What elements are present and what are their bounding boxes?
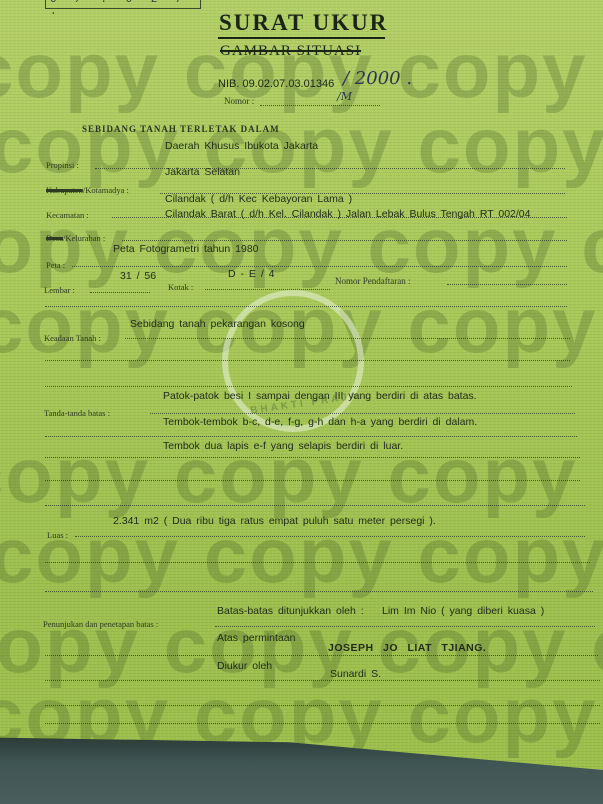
dotted-line (90, 292, 150, 293)
nomor-dotted-line (260, 105, 380, 106)
peta-value: Peta Fotogrametri tahun 1980 (113, 243, 259, 255)
tanda-batas-line-2: Tembok-tembok b-c, d-e, f-g, g-h dan h-a… (163, 416, 477, 428)
dotted-line (205, 289, 330, 290)
penunjukan-label: Penunjukan dan penetapan batas : (43, 619, 158, 629)
dotted-line (72, 266, 567, 267)
handwritten-nomor: /M (337, 90, 352, 103)
ditunjukkan-label: Batas-batas ditunjukkan oleh : (217, 605, 364, 617)
kecamatan-value: Cilandak ( d/h Kec Kebayoran Lama ) (165, 193, 352, 205)
kotak-value: D - E / 4 (228, 268, 275, 280)
tanda-batas-line-1: Patok-patok besi I sampai dengan III yan… (163, 390, 477, 402)
kotak-label: Kotak : (168, 282, 193, 292)
dotted-line (45, 306, 567, 307)
dotted-line (45, 480, 580, 481)
dotted-line (45, 705, 600, 706)
kelurahan-label: Desa/Kelurahan : (46, 233, 105, 243)
luas-label: Luas : (47, 530, 68, 540)
dotted-line (75, 536, 585, 537)
tanda-batas-label: Tanda-tanda batas : (44, 408, 110, 418)
nomor-pendaftaran-label: Nomor Pendaftaran : (335, 276, 410, 286)
peta-label: Peta : (46, 260, 65, 270)
lembar-value: 31 / 56 (120, 270, 156, 282)
dotted-line (45, 457, 580, 458)
dotted-line (45, 505, 585, 506)
dotted-line (125, 338, 570, 339)
handwritten-reference-box: 0 / . 0 2 / . (45, 0, 201, 9)
section-title: SEBIDANG TANAH TERLETAK DALAM (82, 124, 280, 134)
dotted-line (150, 413, 575, 414)
land-certificate-page: copy copy copy copy copy copy copy copy … (0, 0, 603, 770)
dotted-line (447, 284, 567, 285)
dotted-line (45, 386, 572, 387)
kecamatan-label: Kecamatan : (46, 210, 89, 220)
dotted-line (45, 436, 577, 437)
kotamadya-value: Jakarta Selatan (165, 166, 240, 178)
dotted-line (122, 240, 567, 241)
dotted-line (45, 562, 590, 563)
handwritten-year: / 2000 . (343, 68, 412, 89)
propinsi-label: Propinsi : (46, 160, 79, 170)
permintaan-value: JOSEPH JO LIAT TJIANG. (328, 642, 486, 654)
ditunjukkan-value: Lim Im Nio ( yang diberi kuasa ) (382, 605, 544, 617)
dotted-line (215, 626, 595, 627)
keadaan-tanah-value: Sebidang tanah pekarangan kosong (130, 318, 305, 330)
tanda-batas-line-3: Tembok dua lapis e-f yang selapis berdir… (163, 440, 403, 452)
dotted-line (45, 680, 600, 681)
document-title: SURAT UKUR (219, 10, 388, 36)
dotted-line (45, 723, 600, 724)
struck-subtitle: GAMBAR SITUASI (220, 43, 361, 60)
diukur-value: Sunardi S. (330, 668, 381, 680)
nib-number: NIB. 09.02.07.03.01346 (218, 78, 334, 90)
lembar-label: Lembar : (44, 285, 75, 295)
dotted-line (45, 360, 570, 361)
luas-value: 2.341 m2 ( Dua ribu tiga ratus empat pul… (113, 515, 436, 527)
propinsi-value: Daerah Khusus Ibukota Jakarta (165, 140, 318, 152)
nomor-label: Nomor : (224, 96, 254, 106)
dotted-line (45, 655, 598, 656)
dotted-line (45, 591, 593, 592)
title-underline (218, 37, 385, 39)
permintaan-label: Atas permintaan (217, 632, 295, 644)
diukur-label: Diukur oleh (217, 660, 272, 672)
official-seal-icon (222, 290, 364, 432)
kelurahan-value: Cilandak Barat ( d/h Kel. Cilandak ) Jal… (165, 208, 530, 220)
keadaan-tanah-label: Keadaan Tanah : (44, 333, 101, 343)
kotamadya-label: Kabupaten/Kotamadya : (46, 185, 129, 195)
